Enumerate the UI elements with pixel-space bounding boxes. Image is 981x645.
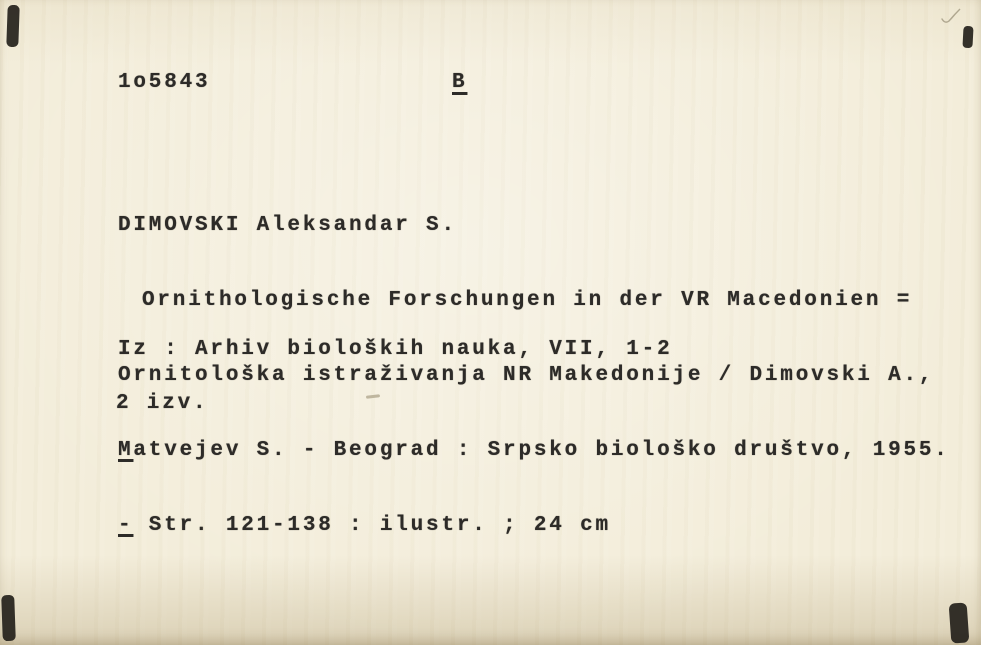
scan-corner-mark-top-left <box>6 5 19 47</box>
source-note: Iz : Arhiv bioloških nauka, VII, 1-2 <box>118 337 672 362</box>
title-line-german: Ornithologische Forschungen in der VR Ma… <box>118 288 950 313</box>
copies-note: 2 izv. <box>116 391 208 416</box>
scan-corner-mark-bottom-right <box>949 602 970 643</box>
imprint-rest: atvejev S. - Beograd : Srpsko biološko d… <box>133 439 949 462</box>
collation-line: - Str. 121-138 : ilustr. ; 24 cm <box>118 513 950 538</box>
pencil-check-icon <box>939 5 963 29</box>
scan-corner-mark-bottom-left <box>1 595 16 641</box>
catalog-card: 1o5843 B DIMOVSKI Aleksandar S. Ornithol… <box>0 0 981 645</box>
imprint-line: Matvejev S. - Beograd : Srpsko biološko … <box>118 438 950 463</box>
title-line-macedonian: Ornitološka istraživanja NR Makedonije /… <box>118 363 950 388</box>
call-number: 1o5843 <box>118 70 210 95</box>
collation-rest: Str. 121-138 : ilustr. ; 24 cm <box>133 514 610 537</box>
scan-corner-mark-top-right <box>962 26 973 48</box>
author-heading: DIMOVSKI Aleksandar S. <box>118 213 950 238</box>
collation-dash: - <box>118 514 133 537</box>
imprint-initial: M <box>118 439 133 462</box>
bibliographic-entry: DIMOVSKI Aleksandar S. Ornithologische F… <box>118 163 950 588</box>
section-letter: B <box>452 70 467 95</box>
